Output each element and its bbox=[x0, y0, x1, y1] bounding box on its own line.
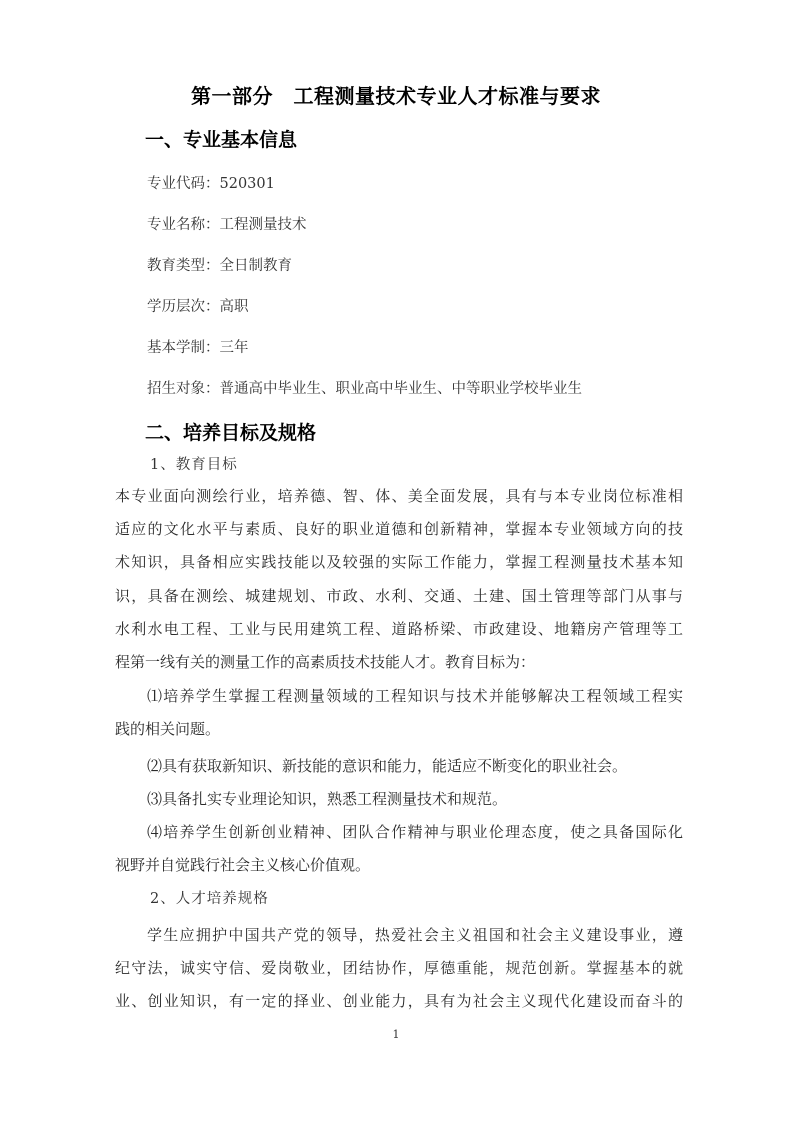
field-value: 普通高中毕业生、职业高中毕业生、中等职业学校毕业生 bbox=[220, 381, 583, 397]
page-title: 第一部分 工程测量技术专业人才标准与要求 bbox=[0, 86, 792, 106]
goal-item-2: ⑵具有获取新知识、新技能的意识和能力，能适应不断变化的职业社会。 bbox=[147, 759, 683, 774]
goal-item-3: ⑶具备扎实专业理论知识，熟悉工程测量技术和规范。 bbox=[147, 792, 683, 807]
field-label: 招生对象： bbox=[147, 381, 220, 397]
paragraph-line: 学生应拥护中国共产党的领导，热爱社会主义祖国和社会主义建设事业，遵 bbox=[147, 928, 683, 943]
field-label: 学历层次： bbox=[147, 299, 220, 315]
paragraph-line: 纪守法，诚实守信、爱岗敬业，团结协作，厚德重能，规范创新。掌握基本的就 bbox=[115, 961, 683, 976]
field-value: 520301 bbox=[220, 176, 275, 192]
field-label: 专业代码： bbox=[147, 176, 220, 192]
paragraph-line: 识，具备在测绘、城建规划、市政、水利、交通、土建、国土管理等部门从事与 bbox=[115, 589, 683, 604]
goal-item-1: ⑴培养学生掌握工程测量领域的工程知识与技术并能够解决工程领域工程实 bbox=[147, 689, 683, 704]
field-enrollment-target: 招生对象：普通高中毕业生、职业高中毕业生、中等职业学校毕业生 bbox=[147, 382, 582, 397]
field-value: 三年 bbox=[220, 340, 249, 356]
paragraph-line: 水利水电工程、工业与民用建筑工程、道路桥梁、市政建设、地籍房产管理等工 bbox=[115, 622, 683, 637]
paragraph-line: 程第一线有关的测量工作的高素质技术技能人才。教育目标为： bbox=[115, 655, 683, 670]
section-heading-basic-info: 一、专业基本信息 bbox=[145, 131, 297, 150]
paragraph-line: 业、创业知识，有一定的择业、创业能力，具有为社会主义现代化建设而奋斗的 bbox=[115, 994, 683, 1009]
field-value: 全日制教育 bbox=[220, 258, 293, 274]
field-label: 基本学制： bbox=[147, 340, 220, 356]
subsection-heading-education-goals: 1、教育目标 bbox=[150, 458, 238, 473]
field-value: 高职 bbox=[220, 299, 249, 315]
subsection-heading-talent-specs: 2、人才培养规格 bbox=[150, 892, 269, 907]
goal-item-4-cont: 视野并自觉践行社会主义核心价值观。 bbox=[115, 858, 683, 873]
paragraph-line: 本专业面向测绘行业，培养德、智、体、美全面发展，具有与本专业岗位标准相 bbox=[115, 489, 683, 504]
field-education-level: 学历层次：高职 bbox=[147, 300, 249, 315]
field-education-type: 教育类型：全日制教育 bbox=[147, 259, 292, 274]
field-label: 教育类型： bbox=[147, 258, 220, 274]
goal-item-4: ⑷培养学生创新创业精神、团队合作精神与职业伦理态度，使之具备国际化 bbox=[147, 825, 683, 840]
paragraph-line: 适应的文化水平与素质、良好的职业道德和创新精神，掌握本专业领域方向的技 bbox=[115, 522, 683, 537]
paragraph-line: 术知识，具备相应实践技能以及较强的实际工作能力，掌握工程测量技术基本知 bbox=[115, 555, 683, 570]
field-duration: 基本学制：三年 bbox=[147, 341, 249, 356]
field-value: 工程测量技术 bbox=[220, 217, 307, 233]
section-heading-training-goals: 二、培养目标及规格 bbox=[145, 424, 316, 443]
goal-item-1-cont: 践的相关问题。 bbox=[115, 722, 683, 737]
field-major-code: 专业代码：520301 bbox=[147, 177, 275, 192]
field-label: 专业名称： bbox=[147, 217, 220, 233]
page-number: 1 bbox=[0, 1029, 792, 1040]
field-major-name: 专业名称：工程测量技术 bbox=[147, 218, 307, 233]
